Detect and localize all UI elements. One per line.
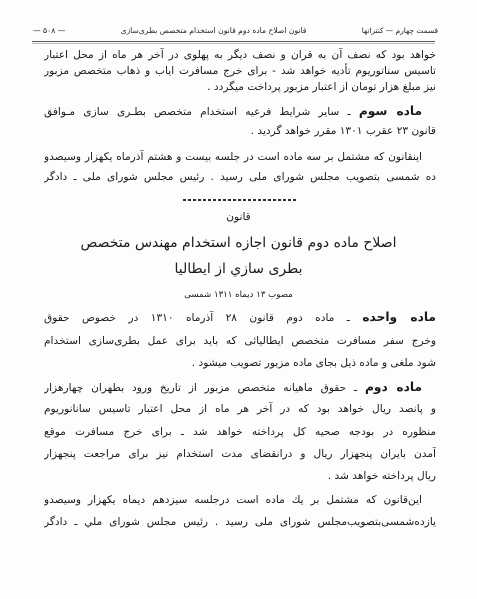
text-line: ریال پرداخته خواهد شد . bbox=[44, 468, 436, 484]
text-line: تاسیس سناتوریوم تأدیه خواهد شد - برای خر… bbox=[44, 63, 436, 79]
text-line: و پانصد ریال خواهد بود که در آخر هر ماه … bbox=[44, 401, 436, 417]
sole-article-label: ماده واحده bbox=[362, 310, 436, 324]
article-three-label: ماده سوم bbox=[359, 104, 422, 118]
page-number: — ۵۰۸ — bbox=[33, 26, 65, 35]
closing-signature-line: یازده‌شمسی‌بتصویب‌مجلس شورای ملی رسید . … bbox=[44, 514, 436, 530]
text-line: آمدن بایران پنجهزار ریال و درانقضای مدت … bbox=[44, 446, 436, 462]
law-title-line-1: اصلاح ماده دوم قانون اجازه استخدام مهندس… bbox=[0, 235, 477, 251]
law-title-line-2: بطری سازي از ایطالیا bbox=[0, 261, 477, 277]
article-two-label: ماده دوم bbox=[365, 380, 422, 394]
article-three-line: ماده سوم ـ سایر شرایط فرعیه استخدام متخص… bbox=[44, 103, 436, 120]
closing-line: این‌قانون که مشتمل بر یك ماده است درجلسه… bbox=[44, 492, 436, 508]
header-divider bbox=[32, 41, 435, 42]
closing-signature-line: ده شمسی بتصویب مجلس شورای ملی رسید . رئی… bbox=[44, 169, 436, 185]
header-section: قسمت چهارم — کنتراتها bbox=[362, 26, 438, 35]
text-line: وخرج سفر مسافرت متخصص ایطالیائی که باید … bbox=[44, 333, 436, 349]
closing-line: اینقانون که مشتمل بر سه ماده است در جلسه… bbox=[44, 149, 436, 165]
article-two-text: ـ حقوق ماهیانه متخصص مزبور از تاریخ ورود… bbox=[44, 382, 357, 394]
section-divider bbox=[183, 199, 296, 201]
text-line: قانون ۲۳ عقرب ۱۳۰۱ مقرر خواهد گردید . bbox=[44, 123, 436, 139]
sole-article-text: ـ ماده دوم قانون ۲۸ آذرماه ۱۳۱۰ در خصوص … bbox=[44, 312, 350, 324]
article-three-text: ـ سایر شرایط فرعیه استخدام متخصص بطـری س… bbox=[44, 106, 351, 118]
running-header: قسمت چهارم — کنتراتها قانون اصلاح ماده د… bbox=[33, 23, 438, 37]
text-line: نیز مبلغ هزار تومان از اعتبار مزبور پردا… bbox=[44, 79, 436, 95]
text-line: شود ملغی و ماده ذیل بجای ماده مزبور تصوی… bbox=[44, 355, 436, 371]
law-heading: قانون bbox=[0, 211, 477, 223]
sole-article-line: ماده واحده ـ ماده دوم قانون ۲۸ آذرماه ۱۳… bbox=[44, 309, 436, 326]
approval-date: مصوب ۱۳ دیماه ۱۳۱۱ شمسی bbox=[0, 290, 477, 300]
article-two-line: ماده دوم ـ حقوق ماهیانه متخصص مزبور از ت… bbox=[44, 379, 436, 396]
text-line: خواهد بود که نصف آن به قران و نصف دیگر ب… bbox=[44, 47, 436, 63]
text-line: منظوره در بودجه صحیه کل پرداخته خواهد شد… bbox=[44, 424, 436, 440]
header-title: قانون اصلاح ماده دوم قانون استخدام متخصص… bbox=[121, 26, 307, 35]
document-page: قسمت چهارم — کنتراتها قانون اصلاح ماده د… bbox=[0, 0, 477, 599]
